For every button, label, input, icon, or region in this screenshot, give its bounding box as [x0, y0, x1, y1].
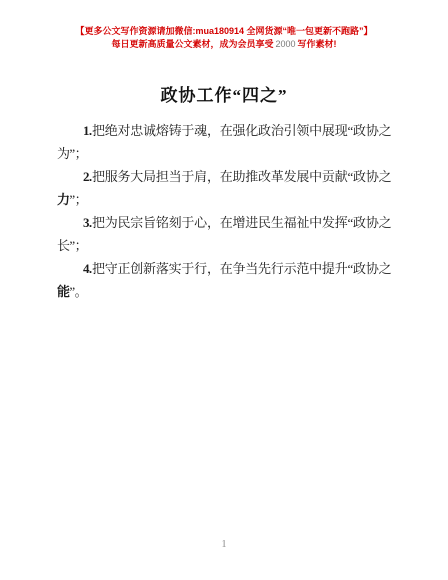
paragraph-4: 4.把守正创新落实于行，在争当先行示范中提升“政协之 能”。	[57, 257, 391, 303]
closing-punctuation: ”；	[69, 238, 87, 253]
promo-line-2-suffix: 写作素材!	[298, 39, 337, 49]
page-title: 政协工作“四之”	[57, 85, 391, 107]
paragraph-3-line-1: 3.把为民宗旨铭刻于心，在增进民生福祉中发挥“政协之	[57, 211, 391, 234]
paragraph-4-line-2: 能”。	[57, 280, 391, 303]
paragraph-text: 把绝对忠诚熔铸于魂，在强化政治引领中展现“政协之	[92, 123, 391, 138]
document-page: 【更多公文写作资源请加微信:mua180914 全网货源“唯一包更新不跑路”】 …	[0, 0, 448, 580]
paragraph-4-line-1: 4.把守正创新落实于行，在争当先行示范中提升“政协之	[57, 257, 391, 280]
closing-punctuation: ”；	[69, 192, 87, 207]
page-number: 1	[0, 539, 448, 550]
promo-line-2: 每日更新高质量公文素材，成为会员享受2000写作素材!	[0, 38, 448, 51]
paragraph-2-line-2: 力”；	[57, 188, 391, 211]
paragraph-3-line-2: 长”；	[57, 234, 391, 257]
key-character: 长	[57, 238, 69, 253]
promo-header: 【更多公文写作资源请加微信:mua180914 全网货源“唯一包更新不跑路”】 …	[0, 0, 448, 51]
paragraph-text: 把服务大局担当于肩，在助推改革发展中贡献“政协之	[92, 169, 391, 184]
paragraph-3: 3.把为民宗旨铭刻于心，在增进民生福祉中发挥“政协之 长”；	[57, 211, 391, 257]
paragraph-1: 1.把绝对忠诚熔铸于魂，在强化政治引领中展现“政协之 为”；	[57, 119, 391, 165]
closing-punctuation: ”。	[69, 284, 87, 299]
paragraph-1-line-2: 为”；	[57, 142, 391, 165]
list-number: 3.	[83, 215, 92, 230]
promo-line-2-number: 2000	[273, 39, 297, 49]
paragraph-text: 把守正创新落实于行，在争当先行示范中提升“政协之	[92, 261, 391, 276]
paragraph-text: 把为民宗旨铭刻于心，在增进民生福祉中发挥“政协之	[92, 215, 391, 230]
list-number: 1.	[83, 123, 92, 138]
document-body: 1.把绝对忠诚熔铸于魂，在强化政治引领中展现“政协之 为”； 2.把服务大局担当…	[57, 119, 391, 303]
key-character: 为	[57, 146, 69, 161]
closing-punctuation: ”；	[69, 146, 87, 161]
promo-line-1: 【更多公文写作资源请加微信:mua180914 全网货源“唯一包更新不跑路”】	[0, 25, 448, 38]
list-number: 2.	[83, 169, 92, 184]
paragraph-2: 2.把服务大局担当于肩，在助推改革发展中贡献“政协之 力”；	[57, 165, 391, 211]
key-character: 力	[57, 192, 69, 207]
key-character: 能	[57, 284, 69, 299]
paragraph-1-line-1: 1.把绝对忠诚熔铸于魂，在强化政治引领中展现“政协之	[57, 119, 391, 142]
promo-line-2-prefix: 每日更新高质量公文素材，成为会员享受	[111, 39, 273, 49]
list-number: 4.	[83, 261, 92, 276]
paragraph-2-line-1: 2.把服务大局担当于肩，在助推改革发展中贡献“政协之	[57, 165, 391, 188]
